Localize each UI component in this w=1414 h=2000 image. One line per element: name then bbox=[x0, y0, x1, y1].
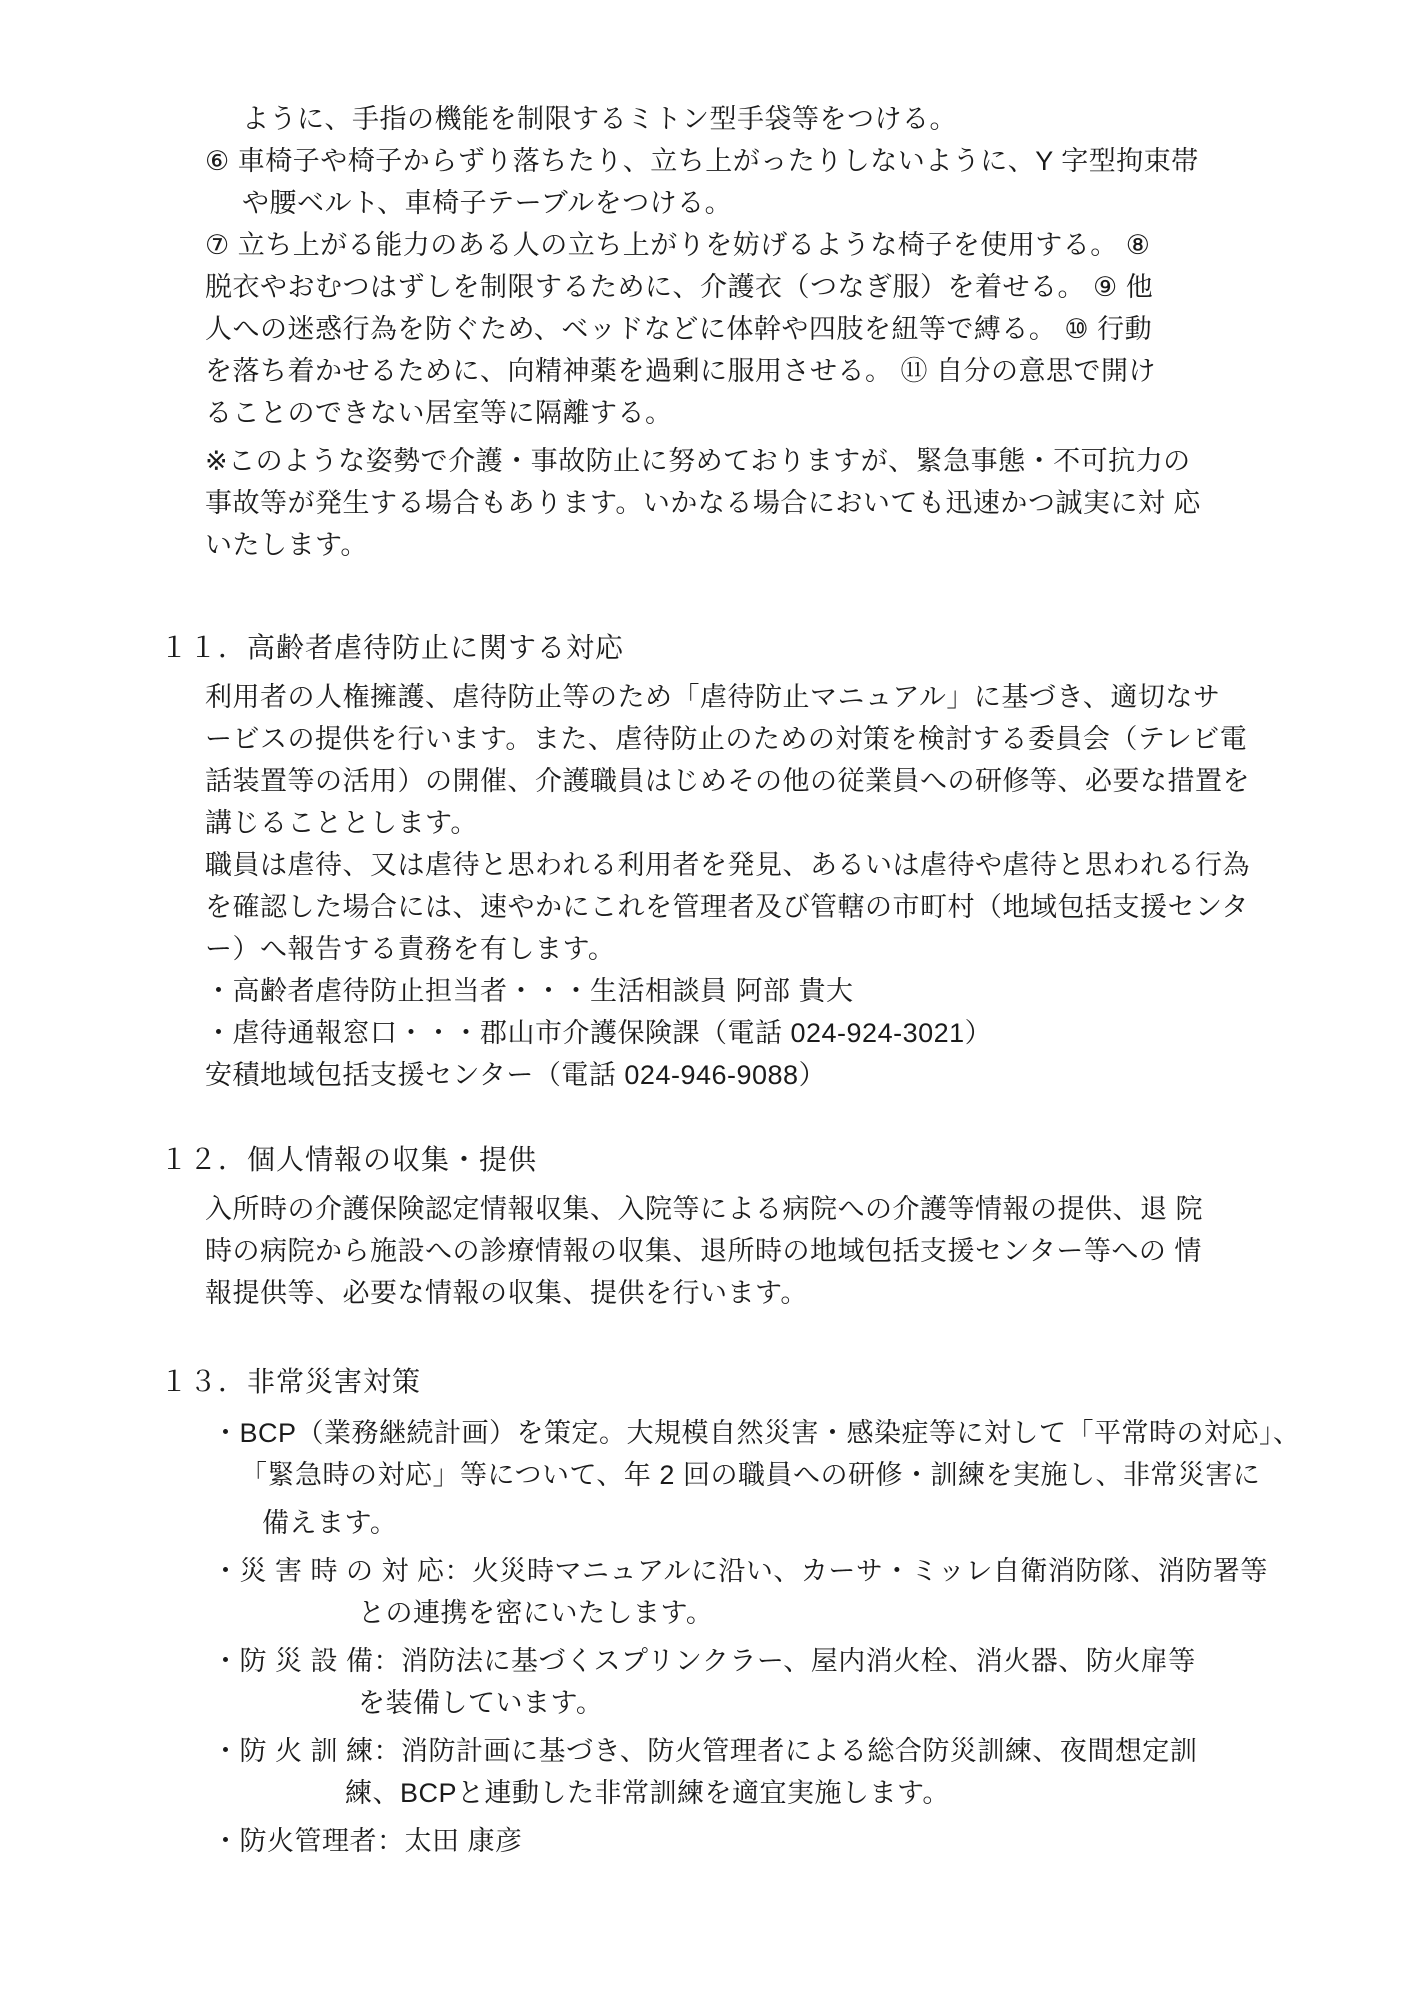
section-heading-abuse-prevention: １１．高齢者虐待防止に関する対応 bbox=[0, 626, 1414, 670]
restraint-item-7: ⑦ 立ち上がる能力のある人の立ち上がりを妨げるような椅子を使用する。 ⑧ bbox=[0, 224, 1414, 266]
fire-manager-line: ・防火管理者：太田 康彦 bbox=[0, 1820, 1414, 1862]
restraint-note-line-2: 事故等が発生する場合もあります。いかなる場合においても迅速かつ誠実に対 応 bbox=[0, 482, 1414, 524]
abuse-paragraph-line-4: 講じることとします。 bbox=[0, 802, 1414, 844]
abuse-paragraph-line-2: ービスの提供を行います。また、虐待防止のための対策を検討する委員会（テレビ電 bbox=[0, 718, 1414, 760]
abuse-report-contact: ・虐待通報窓口・・・郡山市介護保険課（電話 024-924-3021） bbox=[0, 1012, 1414, 1054]
disaster-response-line-2: との連携を密にいたします。 bbox=[0, 1592, 1414, 1634]
restraint-item-6: ⑥ 車椅子や椅子からずり落ちたり、立ち上がったりしないように、Y 字型拘束帯 bbox=[0, 140, 1414, 182]
disaster-equipment-line-1: ・防 災 設 備：消防法に基づくスプリンクラー、屋内消火栓、消火器、防火扉等 bbox=[0, 1640, 1414, 1682]
section-heading-disaster: １３．非常災害対策 bbox=[0, 1360, 1414, 1404]
restraint-item-9: 人への迷惑行為を防ぐため、ベッドなどに体幹や四肢を紐等で縛る。 ⑩ 行動 bbox=[0, 308, 1414, 350]
document-page: ように、手指の機能を制限するミトン型手袋等をつける。 ⑥ 車椅子や椅子からずり落… bbox=[0, 0, 1414, 2000]
fire-drill-line-1: ・防 火 訓 練：消防計画に基づき、防火管理者による総合防災訓練、夜間想定訓 bbox=[0, 1730, 1414, 1772]
personal-info-line-3: 報提供等、必要な情報の収集、提供を行います。 bbox=[0, 1272, 1414, 1314]
disaster-bcp-line-1: ・BCP（業務継続計画）を策定。大規模自然災害・感染症等に対して「平常時の対応」… bbox=[0, 1412, 1414, 1454]
abuse-paragraph-line-5: 職員は虐待、又は虐待と思われる利用者を発見、あるいは虐待や虐待と思われる行為 bbox=[0, 844, 1414, 886]
abuse-paragraph-line-3: 話装置等の活用）の開催、介護職員はじめその他の従業員への研修等、必要な措置を bbox=[0, 760, 1414, 802]
restraint-item-8: 脱衣やおむつはずしを制限するために、介護衣（つなぎ服）を着せる。 ⑨ 他 bbox=[0, 266, 1414, 308]
disaster-equipment-line-2: を装備しています。 bbox=[0, 1682, 1414, 1724]
restraint-note-line-3: いたします。 bbox=[0, 524, 1414, 566]
abuse-paragraph-line-7: ー）へ報告する責務を有します。 bbox=[0, 928, 1414, 970]
disaster-response-line-1: ・災 害 時 の 対 応：火災時マニュアルに沿い、カーサ・ミッレ自衛消防隊、消防… bbox=[0, 1550, 1414, 1592]
fire-drill-line-2: 練、BCPと連動した非常訓練を適宜実施します。 bbox=[0, 1772, 1414, 1814]
restraint-note-line-1: ※このような姿勢で介護・事故防止に努めておりますが、緊急事態・不可抗力の bbox=[0, 440, 1414, 482]
section-heading-personal-info: １２．個人情報の収集・提供 bbox=[0, 1138, 1414, 1182]
personal-info-line-2: 時の病院から施設への診療情報の収集、退所時の地域包括支援センター等への 情 bbox=[0, 1230, 1414, 1272]
restraint-item-5-cont: ように、手指の機能を制限するミトン型手袋等をつける。 bbox=[0, 98, 1414, 140]
restraint-item-10: を落ち着かせるために、向精神薬を過剰に服用させる。 ⑪ 自分の意思で開け bbox=[0, 350, 1414, 392]
abuse-paragraph-line-1: 利用者の人権擁護、虐待防止等のため「虐待防止マニュアル」に基づき、適切なサ bbox=[0, 676, 1414, 718]
restraint-item-6-cont: や腰ベルト、車椅子テーブルをつける。 bbox=[0, 182, 1414, 224]
abuse-paragraph-line-6: を確認した場合には、速やかにこれを管理者及び管轄の市町村（地域包括支援センタ bbox=[0, 886, 1414, 928]
abuse-contact-staff: ・高齢者虐待防止担当者・・・生活相談員 阿部 貴大 bbox=[0, 970, 1414, 1012]
personal-info-line-1: 入所時の介護保険認定情報収集、入院等による病院への介護等情報の提供、退 院 bbox=[0, 1188, 1414, 1230]
disaster-bcp-line-2: 「緊急時の対応」等について、年 2 回の職員への研修・訓練を実施し、非常災害に bbox=[0, 1454, 1414, 1496]
abuse-support-center-contact: 安積地域包括支援センター（電話 024-946-9088） bbox=[0, 1054, 1414, 1096]
disaster-bcp-line-3: 備えます。 bbox=[0, 1502, 1414, 1544]
restraint-item-11: ることのできない居室等に隔離する。 bbox=[0, 392, 1414, 434]
